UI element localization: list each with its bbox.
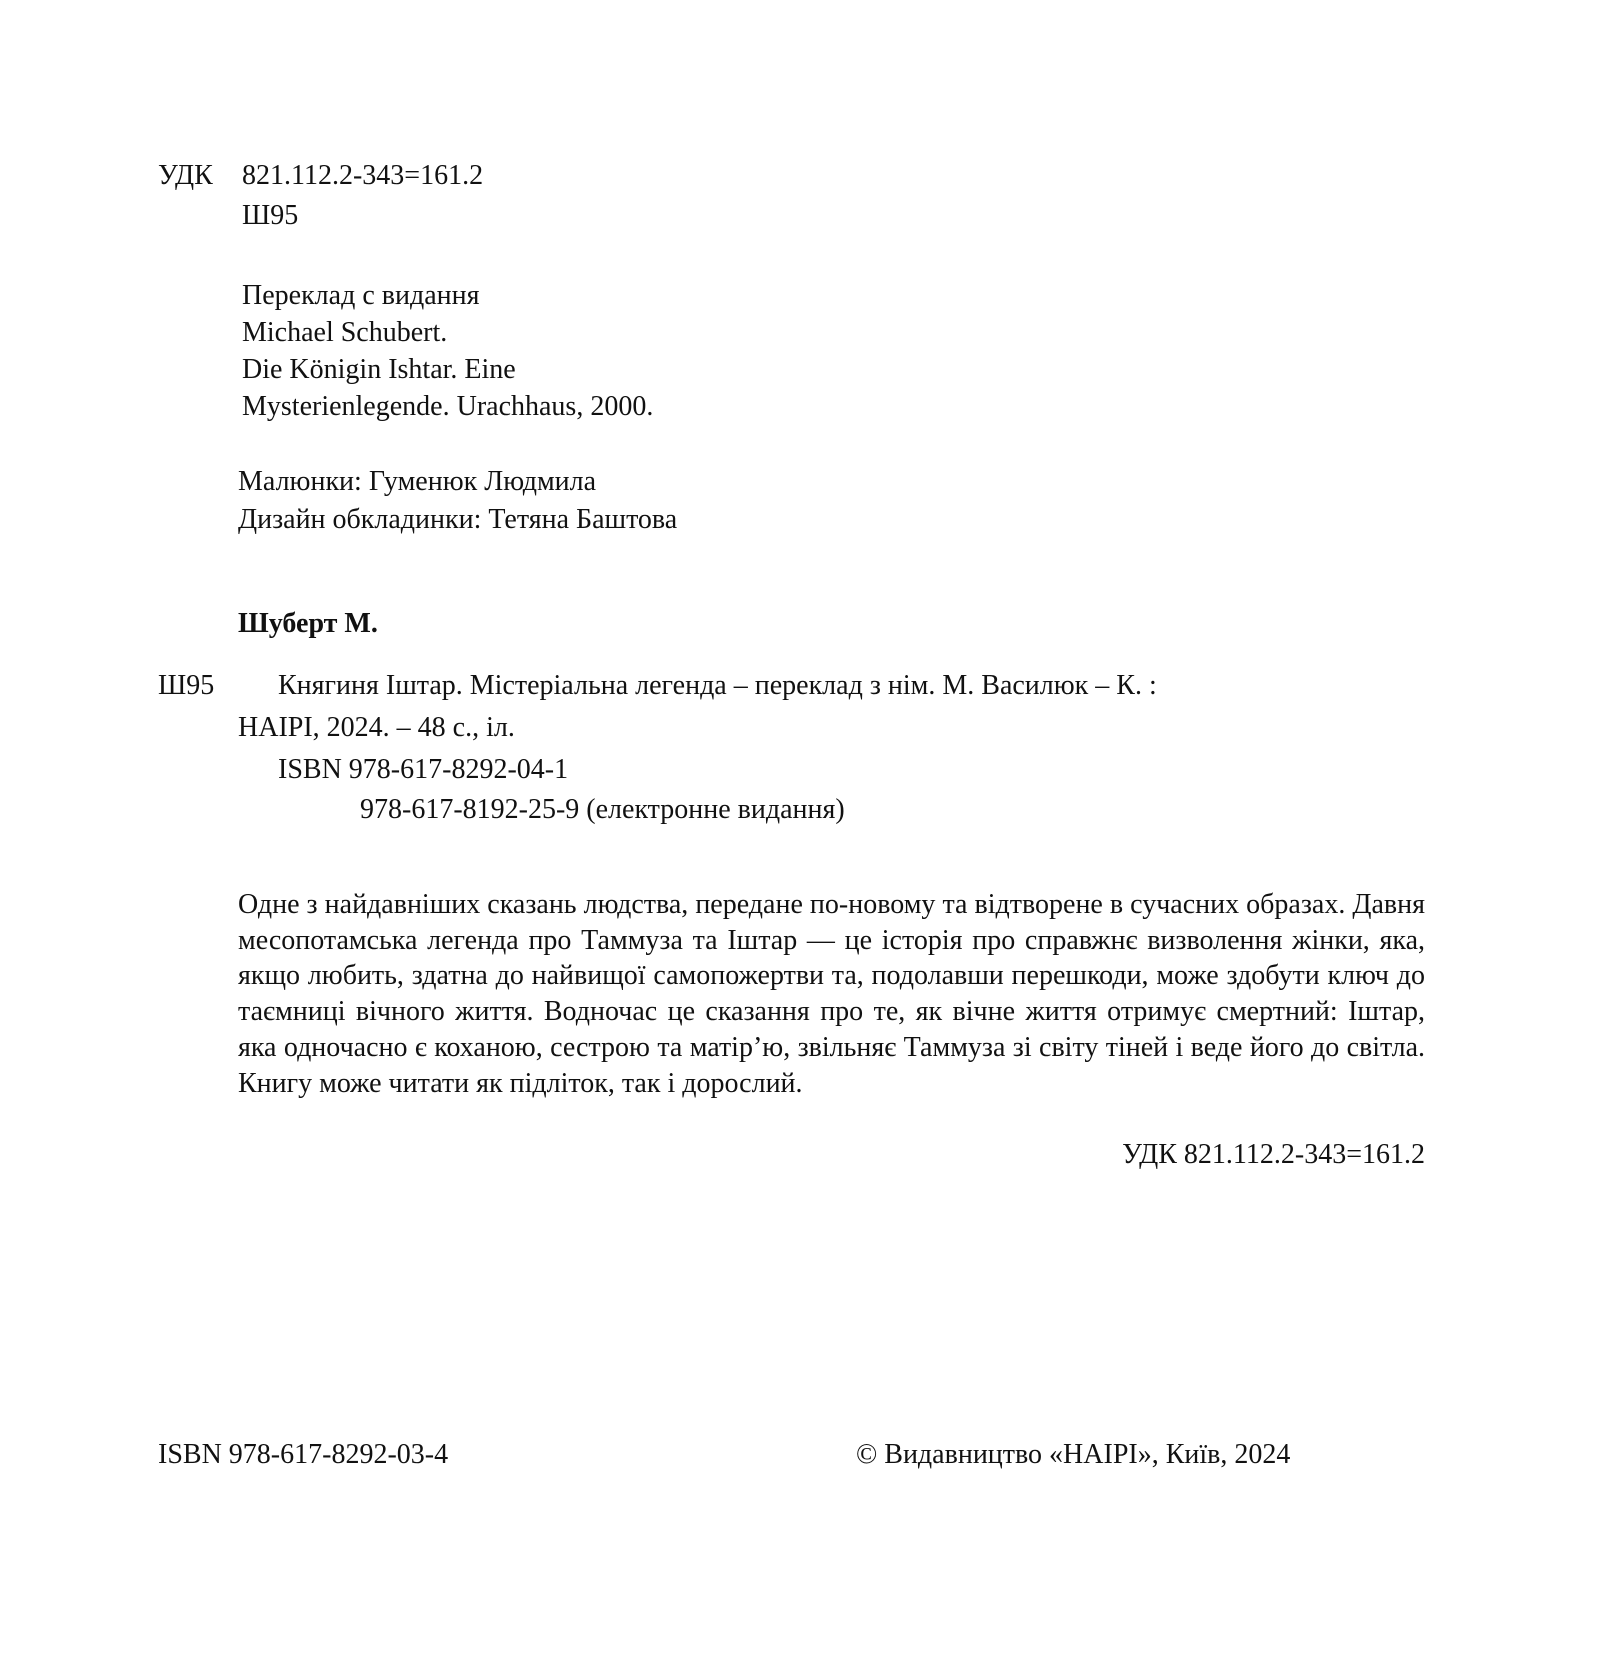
isbn-electronic: 978-617-8192-25-9 (електронне видання) <box>360 792 845 828</box>
original-edition-line: Mysterienlegende. Urachhaus, 2000. <box>242 389 653 426</box>
isbn-print: ISBN 978-617-8292-04-1 <box>278 752 568 788</box>
record-author-mark: Ш95 <box>158 668 214 704</box>
original-edition-line: Переклад с видання <box>242 278 653 315</box>
original-edition-block: Переклад с видання Michael Schubert. Die… <box>242 278 653 426</box>
original-edition-line: Die Königin Ishtar. Eine <box>242 352 653 389</box>
original-edition-line: Michael Schubert. <box>242 315 653 352</box>
annotation-udk: УДК 821.112.2-343=161.2 <box>1122 1137 1425 1173</box>
udk-label: УДК <box>158 158 213 194</box>
credits-block: Малюнки: Гуменюк Людмила Дизайн обкладин… <box>238 464 677 540</box>
cover-design-credit: Дизайн обкладинки: Тетяна Баштова <box>238 502 677 540</box>
footer-isbn: ISBN 978-617-8292-03-4 <box>158 1437 448 1473</box>
footer-copyright: © Видавництво «НАІРІ», Київ, 2024 <box>856 1437 1290 1473</box>
udk-code: 821.112.2-343=161.2 <box>242 158 483 194</box>
record-title-line: Княгиня Іштар. Містеріальна легенда – пе… <box>278 668 1157 704</box>
annotation-paragraph: Одне з найдавніших сказань людства, пере… <box>238 887 1425 1101</box>
record-publisher-line: НАІРІ, 2024. – 48 с., іл. <box>238 710 515 746</box>
author-mark: Ш95 <box>242 198 298 234</box>
illustrations-credit: Малюнки: Гуменюк Людмила <box>238 464 677 502</box>
author-heading: Шуберт М. <box>238 606 378 642</box>
